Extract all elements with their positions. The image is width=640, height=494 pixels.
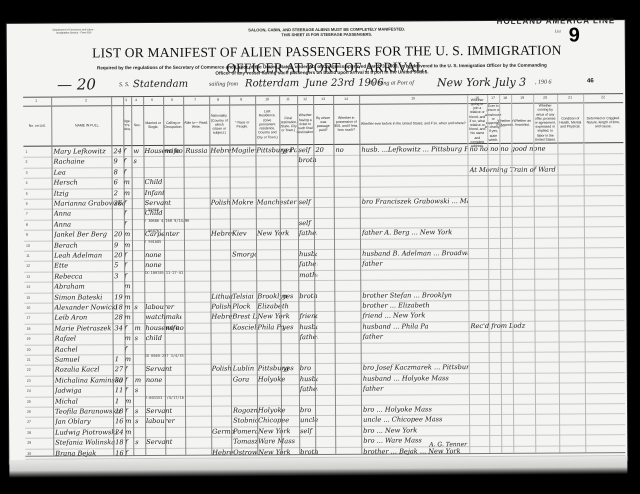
cell-ms: s — [135, 406, 145, 416]
cell-destination: Manchester NH — [257, 197, 297, 207]
list-label: List — [555, 29, 561, 34]
cell-no: 23 — [27, 375, 39, 385]
line-name: HOLLAND AMERICA LINE — [497, 16, 616, 26]
cell-sex: f — [124, 261, 132, 271]
cell-nationality: Russia — [185, 146, 209, 156]
column-number: 2 — [85, 98, 87, 102]
cell-sex: m — [124, 229, 132, 239]
port-to: New York July 3 — [437, 76, 526, 90]
column-number: 15 — [411, 96, 415, 100]
cell-sex: m — [125, 427, 133, 437]
cell-sex: f — [125, 437, 133, 447]
cell-sex: m — [124, 302, 132, 312]
cell-residence: Telsiai — [232, 291, 256, 301]
ship-name: Statendam — [133, 79, 188, 90]
cell-joining: bro Josef Kaczmarek ... Pittsburg — [363, 362, 469, 373]
column-header: Calling or Occupation. — [163, 107, 183, 143]
cell-residence: Mokre — [232, 197, 256, 207]
cell-ms: s — [135, 437, 145, 447]
cell-joining: uncle ... Chicopee Mass — [363, 414, 469, 425]
column-header: By whom was passage paid? — [313, 106, 333, 142]
cell-sex: f — [123, 146, 131, 156]
cell-stamp: 3 55669 — [144, 205, 234, 216]
cell-ms: s — [135, 333, 145, 343]
cell-no: 24 — [27, 386, 39, 396]
cell-sex: f — [125, 344, 133, 354]
cell-destination: New York — [258, 447, 298, 457]
cell-sex: f — [124, 198, 132, 208]
cell-name: Anna — [54, 209, 124, 219]
cell-stamp: 2X 6949-297 3/4/35 — [145, 351, 235, 362]
cell-sex: m — [124, 177, 132, 187]
cell-residence: Ostrowiec — [233, 447, 257, 457]
cell-joining: brother Stefan ... Brooklyn — [362, 290, 468, 301]
manifest-page: Department of Commerce and Labor · Immig… — [7, 20, 628, 464]
cell-no: 20 — [27, 344, 39, 354]
column-header: Married or Single. — [143, 107, 163, 143]
cell-joining: bro Franciszek Grabowski ... Manchester … — [362, 196, 468, 207]
column-number: 11 — [286, 97, 290, 101]
cell-no: 15 — [26, 292, 38, 302]
cell-sex: m — [125, 354, 133, 364]
cell-residence: Rogozno — [233, 405, 257, 415]
cell-sex: f — [124, 323, 132, 333]
cell-no: 29 — [27, 438, 39, 448]
column-header: Condition of Health, Mental and Physical… — [557, 104, 583, 140]
cell-no: 26 — [27, 407, 39, 417]
cell-residence: Gora — [233, 374, 257, 384]
cell-joining: father A. Berg ... New York — [362, 227, 468, 238]
cell-sex: m — [124, 292, 132, 302]
column-header: No. on List. — [23, 108, 51, 144]
cell-name: Rafael — [55, 333, 125, 343]
cell-destination: New York — [257, 228, 297, 238]
cell-residence: Plock — [232, 301, 256, 311]
cell-sex: f — [124, 250, 132, 260]
cell-residence: Brest Lit. — [232, 312, 256, 322]
cell-sex: m — [124, 281, 132, 291]
column-header: Whether coming by virtue of any offer, p… — [533, 105, 557, 141]
column-number: 14 — [344, 97, 348, 101]
cell-sex: f — [124, 271, 132, 281]
cell-sex: f — [125, 385, 133, 395]
column-number: 3 — [125, 98, 127, 102]
column-header: * Race or People. — [229, 106, 255, 142]
cell-sex: f — [125, 375, 133, 385]
cell-residence: Smorgon — [232, 249, 256, 259]
column-header: Whether ever before in the United States… — [359, 105, 467, 142]
column-number: 6 — [171, 98, 173, 102]
column-header: Whether a Polygamist. — [499, 105, 511, 141]
port-from: Rotterdam — [245, 78, 299, 89]
cell-no: 5 — [26, 188, 38, 198]
cell-no: 18 — [26, 323, 38, 333]
cell-stamp: 2-603353 7/4/17/16 — [145, 392, 235, 403]
cell-joining: husb. ...Lefkowitz ... Pittsburg Pa — [361, 144, 467, 155]
column-header: NAME IN FULL. — [51, 107, 123, 143]
cell-no: 2 — [25, 157, 37, 167]
cell-stamp: 2X-109785 11-27-41 — [144, 267, 234, 278]
column-number: 9 — [240, 97, 242, 101]
ss-label: S. S. — [119, 82, 130, 88]
cell-joining: father — [362, 258, 468, 269]
cell-no: 4 — [26, 178, 38, 188]
cell-no: 8 — [26, 220, 38, 230]
column-number: 12 — [303, 97, 307, 101]
cell-sex: m — [125, 396, 133, 406]
cell-sex: f — [124, 167, 132, 177]
column-number: 19 — [520, 96, 524, 100]
agency-block: Department of Commerce and Labor · Immig… — [49, 28, 99, 34]
cell-ms: s — [134, 302, 144, 312]
cell-destination: Elizabeth — [257, 301, 297, 311]
cell-destination: Holyoke — [258, 374, 298, 384]
cell-sex: f — [125, 448, 133, 458]
cell-no: 16 — [26, 303, 38, 313]
page-number: 46 — [587, 78, 594, 84]
column-number: 22 — [601, 95, 605, 99]
cell-residence: Stobnica — [233, 416, 257, 426]
cell-side: Rec'd from Lodz — [470, 320, 620, 331]
cell-sex: f — [123, 157, 131, 167]
cell-no: 25 — [27, 396, 39, 406]
cell-joining: father — [363, 383, 469, 394]
cell-destination: New York — [257, 312, 297, 322]
cell-joining: brother ... Elizabeth — [362, 300, 468, 311]
cell-no: 19 — [27, 334, 39, 344]
column-header: Final Destination. (State, City or Town.… — [279, 106, 297, 142]
caps-notice: SALOON, CABIN, AND STEERAGE ALIENS MUST … — [227, 26, 427, 37]
cell-sex: f — [125, 406, 133, 416]
cell-joining: bro ... Holyoke Mass — [363, 404, 469, 415]
cell-before: no — [335, 145, 357, 155]
cell-ms: s — [135, 385, 145, 395]
cell-name: Anna — [54, 219, 124, 229]
cell-destination: New York — [258, 426, 298, 436]
cell-stamp: 2 30606 4/160 9/14/06 — [144, 215, 234, 226]
cell-residence: Kosciele — [232, 322, 256, 332]
cell-no: 6 — [26, 199, 38, 209]
cell-sex: m — [124, 188, 132, 198]
cell-sex: m — [124, 313, 132, 323]
cell-stamp: 2 668767 — [144, 226, 234, 237]
cell-name: Rachel — [55, 344, 125, 354]
cell-sex: m — [125, 417, 133, 427]
cell-joining: friend ... New York — [362, 310, 468, 321]
voyage-line: — 20 S. S. Statendam sailing from Rotter… — [27, 74, 617, 96]
column-number: 7 — [194, 98, 196, 102]
column-number: 8 — [217, 98, 219, 102]
cell-destination: Chicopee — [258, 416, 298, 426]
cell-ms: w — [133, 146, 143, 156]
cell-residence: Mogilev — [231, 145, 255, 155]
cell-ticket: yes — [282, 291, 298, 301]
cell-stamp: 2 591685 — [144, 236, 234, 247]
cell-ms: s — [133, 156, 143, 166]
column-header: Last Residence. (Give permanent residenc… — [255, 106, 279, 142]
cell-no: 13 — [26, 272, 38, 282]
column-number: 17 — [491, 96, 495, 100]
cell-ticket: yes — [281, 145, 297, 155]
cell-no: 22 — [27, 365, 39, 375]
year-suffix: , 190 6 — [535, 80, 552, 86]
cell-destination: Ware Mass — [258, 436, 298, 446]
cell-ticket: yes — [283, 364, 299, 374]
cell-no: 17 — [26, 313, 38, 323]
column-number: 13 — [321, 97, 325, 101]
cell-residence: Tomaszow — [233, 437, 257, 447]
cell-ms: s — [135, 416, 145, 426]
cell-sex: m — [124, 240, 132, 250]
cell-residence: Kiev — [232, 229, 256, 239]
cell-sex: f — [125, 365, 133, 375]
cell-name: Abraham — [54, 281, 124, 291]
column-number: 5 — [151, 98, 153, 102]
arriving-label: Arriving at Port of — [369, 80, 414, 86]
cell-joining: husband B. Adelman ... Broadway New York — [362, 248, 468, 259]
cell-no: 27 — [27, 417, 39, 427]
cell-residence: Lublin — [233, 364, 257, 374]
column-header: Age. Yrs. Mos. — [123, 107, 131, 143]
column-header: Nationality. (Country of which citizen o… — [209, 107, 229, 143]
cell-sex: f — [124, 219, 132, 229]
column-header: Whether having a ticket to such final de… — [297, 106, 313, 142]
column-number: 18 — [503, 96, 507, 100]
cell-no: 11 — [26, 251, 38, 261]
cell-side: no no no no good none — [469, 143, 619, 154]
cell-read: no — [165, 323, 175, 333]
handwritten-list-number: — 20 — [57, 75, 96, 93]
cell-no: 28 — [27, 427, 39, 437]
column-header: Able to— Read. Write. — [183, 107, 209, 143]
column-number: 21 — [568, 95, 572, 99]
cell-destination: Holyoke — [258, 405, 298, 415]
cell-sex: m — [125, 333, 133, 343]
cell-joining: husband ... Holyoke Mass — [363, 373, 469, 384]
cell-no: 10 — [26, 240, 38, 250]
page-edge — [9, 456, 627, 478]
cell-joining: father — [363, 331, 469, 342]
cell-ms: m — [134, 323, 144, 333]
column-header: Whether an Anarchist. — [511, 105, 533, 141]
column-number: 20 — [543, 96, 547, 100]
cell-no: 30 — [27, 448, 39, 458]
column-header: Sex. — [131, 107, 143, 143]
cell-no: 7 — [26, 209, 38, 219]
cell-money: 20 — [315, 145, 333, 155]
cell-no: 3 — [26, 168, 38, 178]
cell-ms: m — [135, 375, 145, 385]
column-number: 10 — [265, 97, 269, 101]
cell-joining: bro ... New York — [363, 425, 469, 436]
cell-no: 12 — [26, 261, 38, 271]
cell-joining: husband ... Phila Pa — [362, 321, 468, 332]
cell-residence: Pomerania — [233, 426, 257, 436]
signature-stamp: A. G. Tenner — [429, 441, 467, 448]
cell-no: 14 — [26, 282, 38, 292]
column-number: 1 — [35, 99, 37, 103]
cell-no: 21 — [27, 355, 39, 365]
manifest-table: 12345678910111213141516171819202122 No. … — [23, 93, 625, 457]
cell-sex: f — [124, 209, 132, 219]
sailing-label: sailing from — [209, 81, 238, 87]
column-number: 4 — [135, 98, 137, 102]
cell-read: no — [164, 146, 174, 156]
column-header: Whether in possession of $50, and if les… — [333, 106, 359, 142]
cell-side: At Morning Train of Ward — [470, 164, 620, 175]
cell-no: 9 — [26, 230, 38, 240]
cell-no: 1 — [25, 147, 37, 157]
cell-ticket: yes — [282, 322, 298, 332]
column-header: Deformed or Crippled. Nature, length of … — [583, 104, 623, 140]
